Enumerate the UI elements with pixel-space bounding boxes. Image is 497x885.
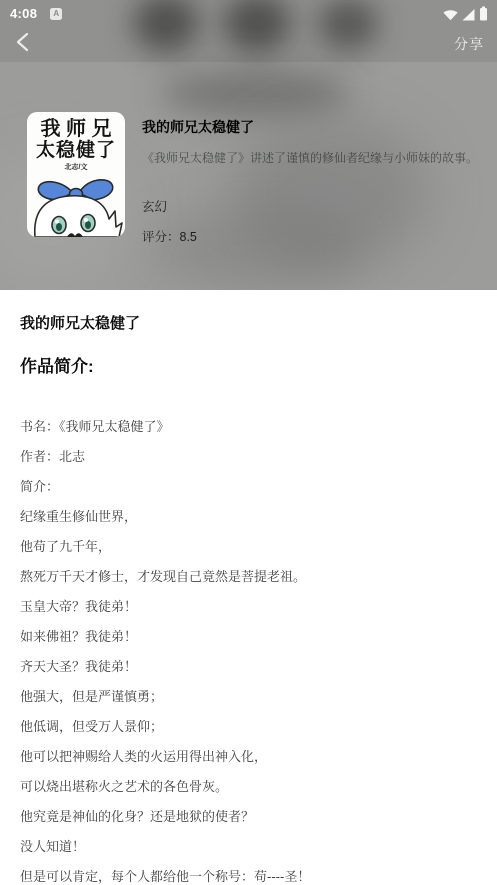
cover-title-line1: 我 师 兄: [40, 119, 111, 141]
synopsis-line: 但是可以肯定，每个人都给他一个称号：苟----圣！: [20, 870, 477, 884]
book-card: 我 师 兄 太稳健了 北志/文: [27, 112, 489, 245]
status-bar: 4:08 A: [0, 0, 497, 24]
book-description: 《我师兄太稳健了》讲述了谨慎的修仙者纪缘与小师妹的故事。: [142, 150, 482, 166]
book-header-backdrop: 4:08 A 分享: [0, 0, 497, 290]
synopsis-line: 简介：: [20, 480, 477, 494]
book-rating: 评分：8.5: [142, 227, 482, 245]
synopsis-lines: 书名：《我师兄太稳健了》作者：北志简介：纪缘重生修仙世界，他苟了九千年，熬死万千…: [20, 420, 477, 884]
backdrop-blur-blob: [160, 70, 350, 116]
book-cover: 我 师 兄 太稳健了 北志/文: [27, 112, 125, 237]
app-notification-icon: A: [50, 8, 62, 20]
chevron-left-icon: [13, 30, 33, 59]
section-heading: 作品简介:: [20, 352, 477, 377]
detail-section: 我的师兄太稳健了 作品简介: 书名：《我师兄太稳健了》作者：北志简介：纪缘重生修…: [0, 290, 497, 885]
book-detail-screen: 4:08 A 分享: [0, 0, 497, 885]
book-title: 我的师兄太稳健了: [142, 117, 482, 137]
nav-bar: 分享: [0, 24, 497, 64]
clock-time: 4:08: [10, 6, 37, 21]
synopsis-line: 他苟了九千年，: [20, 540, 477, 554]
synopsis-line: 他强大，但是严谨慎勇；: [20, 690, 477, 704]
share-button[interactable]: 分享: [454, 34, 484, 54]
book-info: 我的师兄太稳健了 《我师兄太稳健了》讲述了谨慎的修仙者纪缘与小师妹的故事。 玄幻…: [142, 112, 482, 245]
synopsis-line: 熬死万千天才修士，才发现自己竟然是菩提老祖。: [20, 570, 477, 584]
detail-title: 我的师兄太稳健了: [20, 312, 477, 333]
synopsis-line: 纪缘重生修仙世界，: [20, 510, 477, 524]
back-button[interactable]: [13, 31, 39, 57]
synopsis-line: 他可以把神赐给人类的火运用得出神入化，: [20, 750, 477, 764]
synopsis-line: 他低调，但受万人景仰；: [20, 720, 477, 734]
synopsis-line: 没人知道！: [20, 840, 477, 854]
synopsis-line: 如来佛祖？我徒弟！: [20, 630, 477, 644]
synopsis-line: 作者：北志: [20, 450, 477, 464]
cellular-signal-icon: [462, 9, 475, 21]
wifi-icon: [443, 9, 458, 21]
synopsis-line: 可以烧出堪称火之艺术的各色骨灰。: [20, 780, 477, 794]
book-genre: 玄幻: [142, 197, 482, 215]
battery-icon: [479, 6, 488, 21]
cover-character-illustration: [27, 179, 125, 237]
synopsis-line: 玉皇大帝？我徒弟！: [20, 600, 477, 614]
synopsis-line: 书名：《我师兄太稳健了》: [20, 420, 477, 434]
cover-title-line2: 太稳健了: [36, 141, 116, 162]
synopsis-line: 齐天大圣？我徒弟！: [20, 660, 477, 674]
cover-author-byline: 北志/文: [65, 162, 88, 172]
synopsis-line: 他究竟是神仙的化身？还是地狱的使者？: [20, 810, 477, 824]
